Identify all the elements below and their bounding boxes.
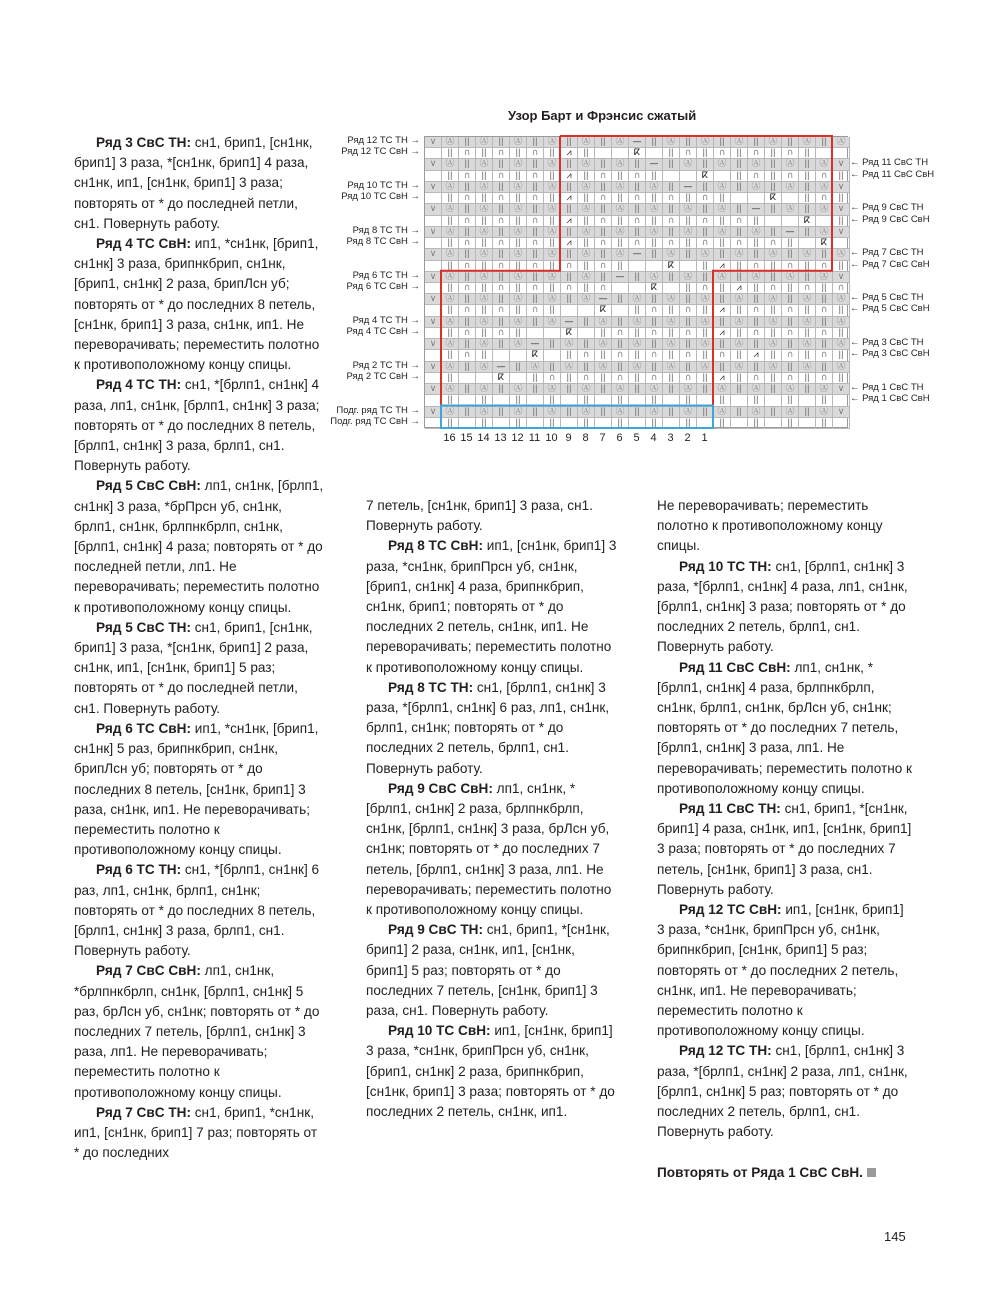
knit-bars-icon: ǀǀ	[646, 339, 663, 350]
knit-bars-icon: ǀǀ	[663, 272, 680, 283]
knit-bars-icon: ǀǀ	[765, 159, 782, 170]
arch-icon: ∩	[782, 171, 799, 182]
purl-arch-icon: Ⓐ	[544, 384, 561, 395]
purl-arch-icon: Ⓐ	[442, 294, 459, 305]
knit-bars-icon: ǀǀ	[612, 261, 629, 272]
arch-icon: ∩	[527, 193, 544, 204]
knit-bars-icon: ǀǀ	[527, 407, 544, 418]
knit-bars-icon: ǀǀ	[459, 137, 476, 148]
knit-bars-icon: ǀǀ	[493, 294, 510, 305]
knit-bars-icon: ǀǀ	[459, 317, 476, 328]
row-label-left: Подг. ряд ТС СвН →	[325, 416, 420, 427]
column-number: 1	[696, 432, 713, 444]
purl-arch-icon: Ⓐ	[765, 339, 782, 350]
knit-bars-icon: ǀǀ	[612, 395, 629, 406]
purl-arch-icon: Ⓐ	[612, 159, 629, 170]
purl-arch-icon: Ⓐ	[748, 159, 765, 170]
purl-arch-icon: Ⓐ	[714, 384, 731, 395]
arch-icon: ∩	[765, 238, 782, 249]
knit-bars-icon: ǀǀ	[646, 294, 663, 305]
dash-icon: —	[629, 249, 646, 260]
purl-arch-icon: Ⓐ	[578, 294, 595, 305]
knit-bars-icon: ǀǀ	[510, 261, 527, 272]
purl-arch-icon: Ⓐ	[510, 317, 527, 328]
knit-bars-icon: ǀǀ	[816, 395, 833, 406]
knit-bars-icon: ǀǀ	[578, 283, 595, 294]
knit-bars-icon: ǀǀ	[697, 350, 714, 361]
bobble-icon: ⴽ	[697, 171, 714, 182]
purl-arch-icon: Ⓐ	[510, 294, 527, 305]
empty-cell	[680, 261, 697, 272]
arch-icon: ∩	[646, 350, 663, 361]
row-heading: Ряд 6 ТС ТН:	[96, 862, 181, 877]
row-heading: Ряд 5 СвС СвН:	[96, 478, 201, 493]
purl-arch-icon: Ⓐ	[527, 362, 544, 373]
purl-arch-icon: Ⓐ	[612, 182, 629, 193]
dash-icon: —	[493, 362, 510, 373]
knit-bars-icon: ǀǀ	[561, 350, 578, 361]
knit-bars-icon: ǀǀ	[731, 373, 748, 384]
empty-cell	[646, 148, 663, 159]
knit-bars-icon: ǀǀ	[510, 193, 527, 204]
knit-bars-icon: ǀǀ	[765, 182, 782, 193]
empty-cell	[425, 418, 442, 429]
slip-icon: ∨	[425, 362, 442, 373]
purl-arch-icon: Ⓐ	[816, 227, 833, 238]
purl-arch-icon: Ⓐ	[510, 137, 527, 148]
arch-icon: ∩	[782, 350, 799, 361]
purl-arch-icon: Ⓐ	[442, 137, 459, 148]
purl-arch-icon: Ⓐ	[442, 159, 459, 170]
purl-arch-icon: Ⓐ	[544, 294, 561, 305]
purl-arch-icon: Ⓐ	[816, 182, 833, 193]
knit-bars-icon: ǀǀ	[714, 137, 731, 148]
arch-icon: ∩	[697, 193, 714, 204]
arch-icon: ∩	[459, 238, 476, 249]
knit-bars-icon: ǀǀ	[731, 171, 748, 182]
empty-cell	[425, 373, 442, 384]
slip-icon: ∨	[425, 384, 442, 395]
arch-icon: ∩	[527, 148, 544, 159]
arch-icon: ∩	[629, 193, 646, 204]
empty-cell	[527, 395, 544, 406]
instruction-paragraph: Ряд 12 ТС ТН: сн1, [брлп1, сн1нк] 3 раза…	[657, 1041, 913, 1142]
purl-arch-icon: Ⓐ	[510, 204, 527, 215]
knit-bars-icon: ǀǀ	[680, 317, 697, 328]
knit-bars-icon: ǀǀ	[476, 305, 493, 316]
arch-icon: ∩	[816, 171, 833, 182]
knit-bars-icon: ǀǀ	[578, 395, 595, 406]
purl-arch-icon: Ⓐ	[646, 204, 663, 215]
knit-bars-icon: ǀǀ	[510, 328, 527, 339]
empty-cell	[561, 305, 578, 316]
knit-bars-icon: ǀǀ	[765, 261, 782, 272]
purl-arch-icon: Ⓐ	[748, 407, 765, 418]
knit-bars-icon: ǀǀ	[714, 362, 731, 373]
purl-arch-icon: Ⓐ	[476, 317, 493, 328]
instruction-paragraph: Ряд 9 СвС ТН: сн1, брип1, *[сн1нк, брип1…	[366, 920, 618, 1021]
arch-icon: ∩	[816, 261, 833, 272]
purl-arch-icon: Ⓐ	[833, 339, 850, 350]
purl-arch-icon: Ⓐ	[476, 159, 493, 170]
slip-icon: ∨	[425, 317, 442, 328]
empty-cell	[629, 261, 646, 272]
arch-icon: ∩	[748, 171, 765, 182]
arch-icon: ∩	[816, 350, 833, 361]
knit-bars-icon: ǀǀ	[663, 350, 680, 361]
instruction-paragraph: Ряд 10 ТС ТН: сн1, [брлп1, сн1нк] 3 раза…	[657, 557, 913, 658]
knit-bars-icon: ǀǀ	[493, 137, 510, 148]
decrease-icon: ⩘	[561, 216, 578, 227]
knit-bars-icon: ǀǀ	[629, 373, 646, 384]
purl-arch-icon: Ⓐ	[697, 317, 714, 328]
knit-bars-icon: ǀǀ	[646, 171, 663, 182]
knit-bars-icon: ǀǀ	[578, 216, 595, 227]
empty-cell	[663, 395, 680, 406]
row-heading: Ряд 9 СвС ТН:	[388, 922, 483, 937]
dash-icon: —	[527, 339, 544, 350]
knit-bars-icon: ǀǀ	[714, 216, 731, 227]
empty-cell	[816, 216, 833, 227]
knit-bars-icon: ǀǀ	[799, 272, 816, 283]
knit-bars-icon: ǀǀ	[714, 294, 731, 305]
purl-arch-icon: Ⓐ	[765, 317, 782, 328]
slip-icon: ∨	[425, 137, 442, 148]
knit-bars-icon: ǀǀ	[816, 283, 833, 294]
arch-icon: ∩	[578, 350, 595, 361]
purl-arch-icon: Ⓐ	[748, 182, 765, 193]
slip-icon: ∨	[425, 339, 442, 350]
knit-bars-icon: ǀǀ	[578, 193, 595, 204]
dash-icon: —	[782, 227, 799, 238]
knit-bars-icon: ǀǀ	[748, 317, 765, 328]
arch-icon: ∩	[748, 373, 765, 384]
knit-bars-icon: ǀǀ	[527, 317, 544, 328]
purl-arch-icon: Ⓐ	[714, 227, 731, 238]
knit-bars-icon: ǀǀ	[629, 384, 646, 395]
row-heading: Ряд 9 СвС СвН:	[388, 781, 493, 796]
arch-icon: ∩	[527, 216, 544, 227]
arch-icon: ∩	[646, 328, 663, 339]
purl-arch-icon: Ⓐ	[476, 204, 493, 215]
empty-cell	[544, 328, 561, 339]
arch-icon: ∩	[459, 193, 476, 204]
knit-bars-icon: ǀǀ	[612, 339, 629, 350]
purl-arch-icon: Ⓐ	[782, 204, 799, 215]
arch-icon: ∩	[663, 216, 680, 227]
row-heading: Ряд 4 ТС ТН:	[96, 377, 181, 392]
bobble-icon: ⴽ	[629, 148, 646, 159]
knit-bars-icon: ǀǀ	[663, 407, 680, 418]
knit-bars-icon: ǀǀ	[663, 182, 680, 193]
knit-bars-icon: ǀǀ	[493, 182, 510, 193]
purl-arch-icon: Ⓐ	[544, 204, 561, 215]
knit-bars-icon: ǀǀ	[476, 328, 493, 339]
knit-bars-icon: ǀǀ	[561, 384, 578, 395]
knit-bars-icon: ǀǀ	[459, 294, 476, 305]
knit-bars-icon: ǀǀ	[714, 238, 731, 249]
purl-arch-icon: Ⓐ	[833, 137, 850, 148]
knit-bars-icon: ǀǀ	[799, 384, 816, 395]
dash-icon: —	[646, 159, 663, 170]
purl-arch-icon: Ⓐ	[442, 317, 459, 328]
row-label-left: Ряд 4 ТС ТН →	[325, 315, 420, 326]
arch-icon: ∩	[629, 216, 646, 227]
slip-icon: ∨	[833, 182, 850, 193]
empty-cell	[578, 305, 595, 316]
empty-cell	[544, 350, 561, 361]
knit-bars-icon: ǀǀ	[561, 227, 578, 238]
row-heading: Ряд 12 ТС СвН:	[679, 902, 782, 917]
knit-bars-icon: ǀǀ	[646, 137, 663, 148]
instruction-paragraph: Ряд 6 ТС ТН: сн1, *[брлп1, сн1нк] 6 раз,…	[74, 860, 326, 961]
knit-bars-icon: ǀǀ	[544, 362, 561, 373]
row-heading: Ряд 7 СвС СвН:	[96, 963, 201, 978]
knit-bars-icon: ǀǀ	[527, 249, 544, 260]
arch-icon: ∩	[731, 238, 748, 249]
knit-bars-icon: ǀǀ	[527, 182, 544, 193]
knit-bars-icon: ǀǀ	[731, 384, 748, 395]
knit-bars-icon: ǀǀ	[731, 261, 748, 272]
slip-icon: ∨	[833, 227, 850, 238]
purl-arch-icon: Ⓐ	[442, 384, 459, 395]
purl-arch-icon: Ⓐ	[612, 204, 629, 215]
purl-arch-icon: Ⓐ	[578, 249, 595, 260]
purl-arch-icon: Ⓐ	[714, 407, 731, 418]
knit-bars-icon: ǀǀ	[561, 182, 578, 193]
knit-bars-icon: ǀǀ	[629, 182, 646, 193]
knit-bars-icon: ǀǀ	[765, 272, 782, 283]
slip-icon: ∨	[425, 272, 442, 283]
arch-icon: ∩	[561, 261, 578, 272]
slip-icon: ∨	[425, 204, 442, 215]
arch-icon: ∩	[493, 148, 510, 159]
text-column-left: Ряд 3 СвС ТН: сн1, брип1, [сн1нк, брип1]…	[74, 133, 326, 1163]
empty-cell	[799, 395, 816, 406]
knit-bars-icon: ǀǀ	[663, 373, 680, 384]
row-label-right: ← Ряд 3 СвС ТН	[850, 337, 923, 348]
instruction-paragraph: Не переворачивать; переместить полотно к…	[657, 496, 913, 557]
bobble-icon: ⴽ	[595, 305, 612, 316]
row-label-right: ← Ряд 9 СвС СвН	[850, 214, 930, 225]
knit-bars-icon: ǀǀ	[459, 362, 476, 373]
knit-bars-icon: ǀǀ	[731, 407, 748, 418]
purl-arch-icon: Ⓐ	[476, 249, 493, 260]
arch-icon: ∩	[680, 148, 697, 159]
arch-icon: ∩	[782, 373, 799, 384]
purl-arch-icon: Ⓐ	[799, 137, 816, 148]
empty-cell	[833, 148, 850, 159]
knit-bars-icon: ǀǀ	[442, 216, 459, 227]
knit-bars-icon: ǀǀ	[697, 261, 714, 272]
knit-bars-icon: ǀǀ	[442, 350, 459, 361]
knit-bars-icon: ǀǀ	[612, 362, 629, 373]
slip-icon: ∨	[425, 249, 442, 260]
row-heading: Ряд 10 ТС ТН:	[679, 559, 772, 574]
purl-arch-icon: Ⓐ	[799, 339, 816, 350]
row-label-left: Ряд 8 ТС ТН →	[325, 225, 420, 236]
row-heading: Ряд 3 СвС ТН:	[96, 135, 191, 150]
purl-arch-icon: Ⓐ	[697, 339, 714, 350]
purl-arch-icon: Ⓐ	[714, 159, 731, 170]
arch-icon: ∩	[816, 328, 833, 339]
knit-bars-icon: ǀǀ	[782, 137, 799, 148]
purl-arch-icon: Ⓐ	[816, 159, 833, 170]
purl-arch-icon: Ⓐ	[731, 362, 748, 373]
decrease-icon: ⩘	[561, 193, 578, 204]
purl-arch-icon: Ⓐ	[510, 182, 527, 193]
arch-icon: ∩	[493, 216, 510, 227]
knit-bars-icon: ǀǀ	[561, 137, 578, 148]
knit-bars-icon: ǀǀ	[799, 171, 816, 182]
knit-bars-icon: ǀǀ	[595, 182, 612, 193]
knit-bars-icon: ǀǀ	[782, 362, 799, 373]
purl-arch-icon: Ⓐ	[561, 339, 578, 350]
knit-bars-icon: ǀǀ	[816, 317, 833, 328]
knit-bars-icon: ǀǀ	[612, 193, 629, 204]
empty-cell	[527, 328, 544, 339]
empty-cell	[425, 305, 442, 316]
purl-arch-icon: Ⓐ	[799, 294, 816, 305]
purl-arch-icon: Ⓐ	[544, 272, 561, 283]
knit-bars-icon: ǀǀ	[442, 171, 459, 182]
row-label-left: Подг. ряд ТС ТН →	[325, 405, 420, 416]
knit-bars-icon: ǀǀ	[459, 407, 476, 418]
slip-icon: ∨	[425, 182, 442, 193]
knit-bars-icon: ǀǀ	[510, 305, 527, 316]
empty-cell	[833, 238, 850, 249]
arch-icon: ∩	[714, 148, 731, 159]
empty-cell	[510, 350, 527, 361]
empty-cell	[697, 418, 714, 429]
instruction-paragraph: Ряд 7 СвС СвН: лп1, сн1нк, *брлпнкбрлп, …	[74, 961, 326, 1102]
knit-bars-icon: ǀǀ	[680, 249, 697, 260]
knit-bars-icon: ǀǀ	[731, 148, 748, 159]
knit-bars-icon: ǀǀ	[476, 418, 493, 429]
row-label-right: ← Ряд 9 СвС ТН	[850, 202, 923, 213]
knit-bars-icon: ǀǀ	[527, 204, 544, 215]
purl-arch-icon: Ⓐ	[510, 384, 527, 395]
knit-bars-icon: ǀǀ	[833, 193, 850, 204]
arch-icon: ∩	[714, 350, 731, 361]
empty-cell	[782, 216, 799, 227]
knit-bars-icon: ǀǀ	[748, 216, 765, 227]
knit-bars-icon: ǀǀ	[578, 261, 595, 272]
knit-bars-icon: ǀǀ	[442, 283, 459, 294]
knit-bars-icon: ǀǀ	[663, 204, 680, 215]
knit-bars-icon: ǀǀ	[646, 395, 663, 406]
slip-icon: ∨	[425, 227, 442, 238]
knit-bars-icon: ǀǀ	[459, 249, 476, 260]
purl-arch-icon: Ⓐ	[510, 249, 527, 260]
knit-bars-icon: ǀǀ	[646, 193, 663, 204]
purl-arch-icon: Ⓐ	[782, 272, 799, 283]
knit-bars-icon: ǀǀ	[697, 373, 714, 384]
knit-bars-icon: ǀǀ	[459, 339, 476, 350]
bobble-icon: ⴽ	[816, 238, 833, 249]
knit-bars-icon: ǀǀ	[782, 339, 799, 350]
purl-arch-icon: Ⓐ	[578, 407, 595, 418]
knit-bars-icon: ǀǀ	[816, 137, 833, 148]
purl-arch-icon: Ⓐ	[629, 339, 646, 350]
purl-arch-icon: Ⓐ	[714, 204, 731, 215]
purl-arch-icon: Ⓐ	[612, 407, 629, 418]
purl-arch-icon: Ⓐ	[765, 137, 782, 148]
arch-icon: ∩	[782, 261, 799, 272]
arch-icon: ∩	[646, 373, 663, 384]
decrease-icon: ⩘	[561, 148, 578, 159]
knit-bars-icon: ǀǀ	[595, 249, 612, 260]
empty-cell	[799, 418, 816, 429]
purl-arch-icon: Ⓐ	[646, 227, 663, 238]
empty-cell	[765, 216, 782, 227]
knit-bars-icon: ǀǀ	[544, 305, 561, 316]
empty-cell	[731, 395, 748, 406]
knit-bars-icon: ǀǀ	[493, 317, 510, 328]
knit-bars-icon: ǀǀ	[578, 418, 595, 429]
purl-arch-icon: Ⓐ	[816, 384, 833, 395]
knit-bars-icon: ǀǀ	[544, 171, 561, 182]
column-number: 16	[441, 432, 458, 444]
purl-arch-icon: Ⓐ	[731, 137, 748, 148]
knit-bars-icon: ǀǀ	[799, 373, 816, 384]
empty-cell	[425, 193, 442, 204]
knit-bars-icon: ǀǀ	[714, 395, 731, 406]
knit-bars-icon: ǀǀ	[629, 272, 646, 283]
purl-arch-icon: Ⓐ	[663, 249, 680, 260]
arch-icon: ∩	[833, 283, 850, 294]
arch-icon: ∩	[646, 305, 663, 316]
knit-bars-icon: ǀǀ	[680, 193, 697, 204]
row-heading: Ряд 11 СвС СвН:	[679, 660, 791, 675]
arch-icon: ∩	[799, 283, 816, 294]
purl-arch-icon: Ⓐ	[816, 204, 833, 215]
knit-bars-icon: ǀǀ	[510, 171, 527, 182]
knit-bars-icon: ǀǀ	[680, 283, 697, 294]
knit-bars-icon: ǀǀ	[748, 238, 765, 249]
purl-arch-icon: Ⓐ	[680, 204, 697, 215]
bobble-icon: ⴽ	[646, 283, 663, 294]
knit-bars-icon: ǀǀ	[782, 418, 799, 429]
knit-bars-icon: ǀǀ	[544, 395, 561, 406]
purl-arch-icon: Ⓐ	[442, 272, 459, 283]
empty-cell	[799, 238, 816, 249]
knit-bars-icon: ǀǀ	[527, 384, 544, 395]
knit-bars-icon: ǀǀ	[442, 148, 459, 159]
knit-bars-icon: ǀǀ	[680, 238, 697, 249]
knit-bars-icon: ǀǀ	[476, 171, 493, 182]
arch-icon: ∩	[493, 238, 510, 249]
empty-cell	[765, 395, 782, 406]
arch-icon: ∩	[782, 328, 799, 339]
empty-cell	[833, 395, 850, 406]
purl-arch-icon: Ⓐ	[442, 227, 459, 238]
knit-bars-icon: ǀǀ	[816, 294, 833, 305]
knit-bars-icon: ǀǀ	[833, 305, 850, 316]
bobble-icon: ⴽ	[493, 373, 510, 384]
purl-arch-icon: Ⓐ	[782, 182, 799, 193]
knit-bars-icon: ǀǀ	[714, 283, 731, 294]
knit-bars-icon: ǀǀ	[816, 249, 833, 260]
arch-icon: ∩	[612, 350, 629, 361]
decrease-icon: ⩘	[714, 305, 731, 316]
purl-arch-icon: Ⓐ	[816, 272, 833, 283]
knit-bars-icon: ǀǀ	[510, 362, 527, 373]
empty-cell	[425, 328, 442, 339]
arch-icon: ∩	[782, 148, 799, 159]
arch-icon: ∩	[459, 283, 476, 294]
knit-bars-icon: ǀǀ	[476, 350, 493, 361]
